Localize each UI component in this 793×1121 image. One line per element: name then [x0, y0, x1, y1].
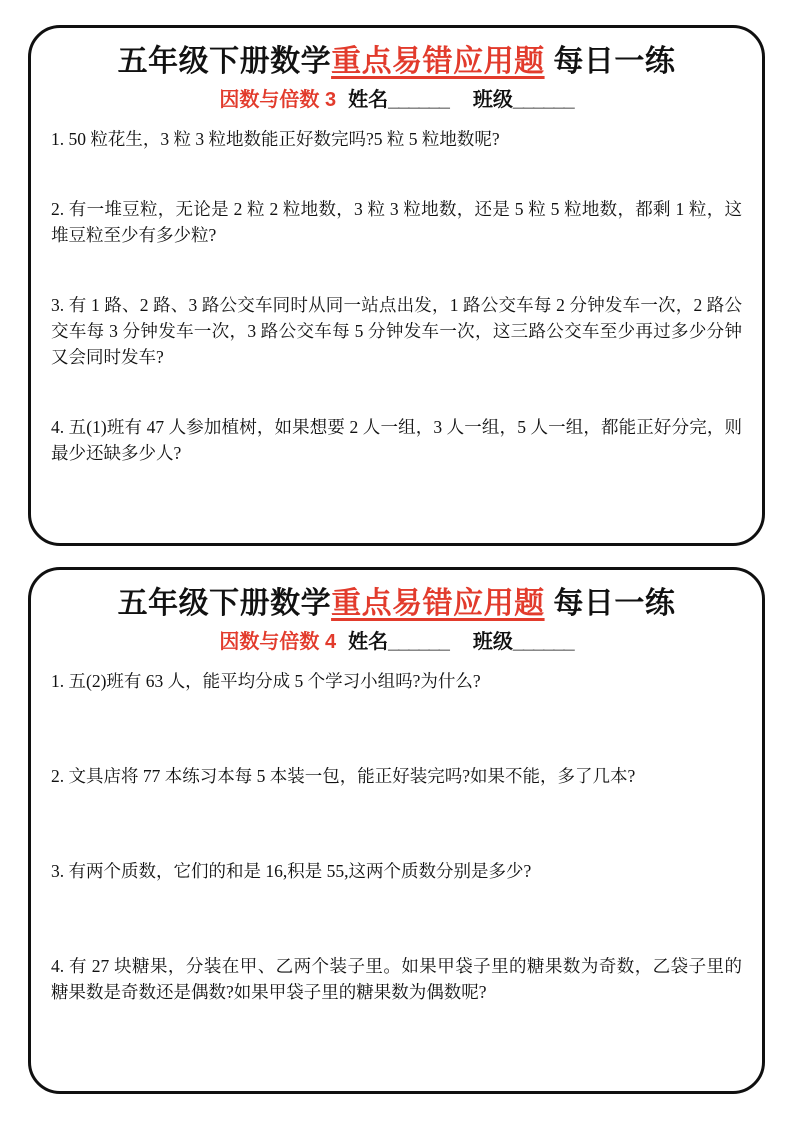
card2-title: 五年级下册数学重点易错应用题 每日一练	[51, 584, 742, 624]
card1-topic-label: 因数与倍数 3	[219, 89, 336, 111]
card2-title-prefix: 五年级下册数学	[118, 587, 332, 620]
card2-name-label: 姓名	[348, 631, 388, 653]
question-item: 4. 有 27 块糖果，分装在甲、乙两个装子里。如果甲袋子里的糖果数为奇数，乙袋…	[51, 953, 742, 1005]
card1-class-label: 班级	[473, 89, 513, 111]
card1-title-suffix: 每日一练	[545, 45, 676, 78]
card1-title-prefix: 五年级下册数学	[118, 45, 332, 78]
question-item: 1. 五(2)班有 63 人，能平均分成 5 个学习小组吗?为什么?	[51, 668, 742, 694]
card2-title-highlight: 重点易错应用题	[331, 587, 545, 620]
worksheet-card-1: 五年级下册数学重点易错应用题 每日一练 因数与倍数 3姓名______班级___…	[28, 25, 765, 546]
card2-class-label: 班级	[473, 631, 513, 653]
card2-question-list: 1. 五(2)班有 63 人，能平均分成 5 个学习小组吗?为什么? 2. 文具…	[51, 668, 742, 1005]
card1-title-highlight: 重点易错应用题	[331, 45, 545, 78]
question-item: 2. 有一堆豆粒，无论是 2 粒 2 粒地数，3 粒 3 粒地数，还是 5 粒 …	[51, 196, 742, 248]
card2-title-suffix: 每日一练	[545, 587, 676, 620]
worksheet-page: 五年级下册数学重点易错应用题 每日一练 因数与倍数 3姓名______班级___…	[0, 0, 793, 1121]
card2-topic-label: 因数与倍数 4	[219, 631, 336, 653]
worksheet-card-2: 五年级下册数学重点易错应用题 每日一练 因数与倍数 4姓名______班级___…	[28, 567, 765, 1094]
question-item: 3. 有 1 路、2 路、3 路公交车同时从同一站点出发，1 路公交车每 2 分…	[51, 292, 742, 370]
card1-name-blank: ______	[388, 89, 449, 111]
card2-subtitle: 因数与倍数 4姓名______班级______	[51, 628, 742, 656]
question-item: 2. 文具店将 77 本练习本每 5 本装一包，能正好装完吗?如果不能，多了几本…	[51, 763, 742, 789]
question-item: 3. 有两个质数，它们的和是 16,积是 55,这两个质数分别是多少?	[51, 858, 742, 884]
card1-class-blank: ______	[513, 89, 574, 111]
card2-class-blank: ______	[513, 631, 574, 653]
card1-name-label: 姓名	[348, 89, 388, 111]
card1-subtitle: 因数与倍数 3姓名______班级______	[51, 86, 742, 114]
question-item: 4. 五(1)班有 47 人参加植树，如果想要 2 人一组，3 人一组，5 人一…	[51, 414, 742, 466]
card1-question-list: 1. 50 粒花生，3 粒 3 粒地数能正好数完吗?5 粒 5 粒地数呢? 2.…	[51, 126, 742, 466]
card1-title: 五年级下册数学重点易错应用题 每日一练	[51, 42, 742, 82]
card2-name-blank: ______	[388, 631, 449, 653]
question-item: 1. 50 粒花生，3 粒 3 粒地数能正好数完吗?5 粒 5 粒地数呢?	[51, 126, 742, 152]
